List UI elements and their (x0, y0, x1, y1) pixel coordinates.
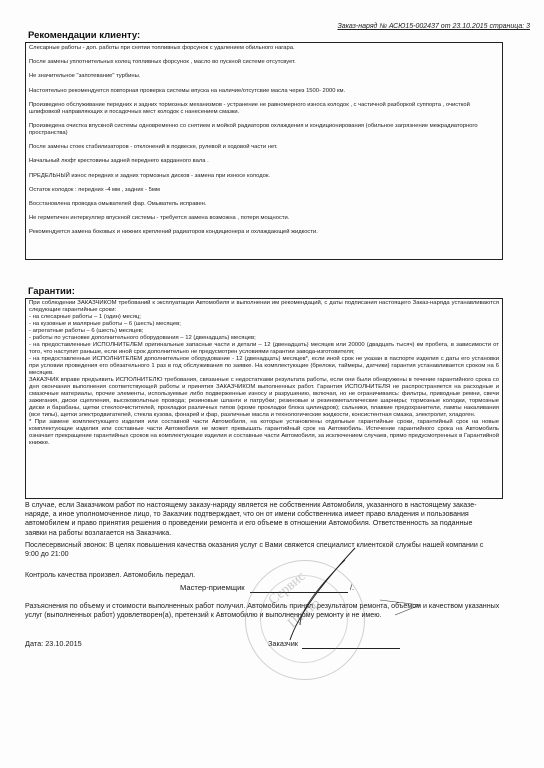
document-page: Заказ-наряд № АСЮ15-002437 от 23.10.2015… (0, 0, 544, 768)
handwritten-signature (0, 0, 544, 768)
